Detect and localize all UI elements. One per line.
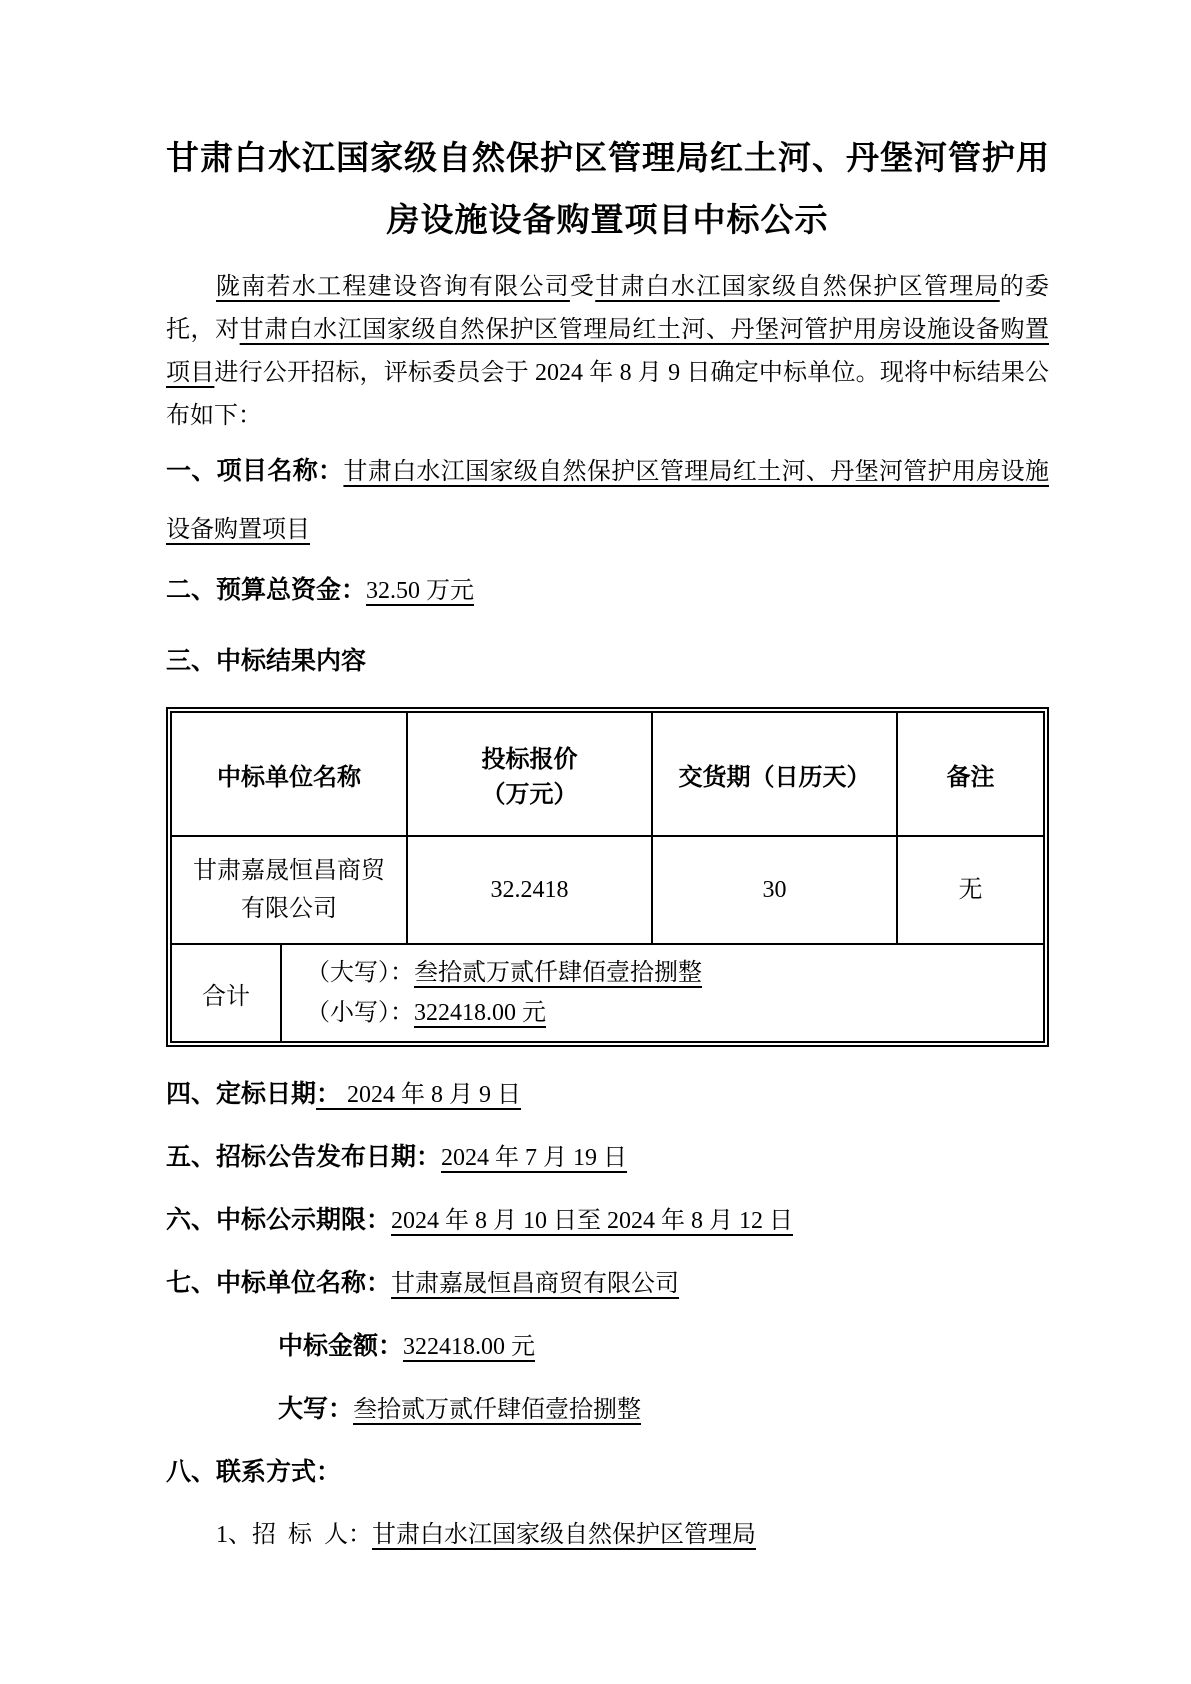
section-contact-heading-label: 八、联系方式： [166,1458,341,1486]
table-header-delivery: 交货期（日历天） [653,713,898,837]
total-small-line: （小写）：322418.00 元 [306,996,1033,1030]
table-header-company: 中标单位名称 [172,713,408,837]
client-name: 甘肃白水江国家级自然保护区管理局 [595,274,1000,300]
section-tenderee-value: 甘肃白水江国家级自然保护区管理局 [372,1522,756,1548]
intro-rest-text: 进行公开招标，评标委员会于 2024 年 8 月 9 日确定中标单位。现将中标结… [166,360,1049,429]
total-small-label: （小写）： [306,1000,414,1026]
section-announce-date: 五、招标公告发布日期：2024 年 7 月 19 日 [166,1126,1049,1189]
winner-delivery-cell: 30 [653,837,898,945]
intro-paragraph: 陇南若水工程建设咨询有限公司受甘肃白水江国家级自然保护区管理局的委托，对甘肃白水… [166,266,1049,438]
section-amount-caps: 大写：叁拾贰万贰仟肆佰壹拾捌整 [166,1378,1049,1441]
document-title-line-1: 甘肃白水江国家级自然保护区管理局红土河、丹堡河管护用 [166,128,1049,190]
section-project-name: 一、项目名称：甘肃白水江国家级自然保护区管理局红土河、丹堡河管护用房设施设备购置… [166,442,1049,559]
section-award-date-colon: ： [316,1080,341,1108]
section-award-date: 四、定标日期： 2024 年 8 月 9 日 [166,1063,1049,1126]
section-budget: 二、预算总资金：32.50 万元 [166,559,1049,622]
document-title: 甘肃白水江国家级自然保护区管理局红土河、丹堡河管护用 房设施设备购置项目中标公示 [166,128,1049,252]
section-announce-date-label: 五、招标公告发布日期： [166,1143,441,1171]
total-caps-line: （大写）：叁拾贰万贰仟肆佰壹拾捌整 [306,956,1033,990]
section-tenderee: 1、招 标 人：甘肃白水江国家级自然保护区管理局 [166,1504,1049,1566]
consultant-name: 陇南若水工程建设咨询有限公司 [216,274,570,300]
section-award-amount-label: 中标金额： [278,1332,403,1360]
section-result-heading-label: 三、中标结果内容 [166,647,366,675]
total-caps-value: 叁拾贰万贰仟肆佰壹拾捌整 [414,960,702,986]
section-publicity-period: 六、中标公示期限：2024 年 8 月 10 日至 2024 年 8 月 12 … [166,1189,1049,1252]
section-award-date-label: 四、定标日期 [166,1080,316,1108]
table-header-remark: 备注 [898,713,1043,837]
section-tenderee-label: 1、招 标 人： [216,1522,372,1548]
total-small-value: 322418.00 元 [414,1000,546,1026]
winner-remark-cell: 无 [898,837,1043,945]
section-award-amount-value: 322418.00 元 [403,1334,535,1360]
total-caps-label: （大写）： [306,960,414,986]
section-result-heading: 三、中标结果内容 [166,630,1049,693]
total-row: 合计 （大写）：叁拾贰万贰仟肆佰壹拾捌整 （小写）：322418.00 元 [172,945,1043,1041]
section-budget-label: 二、预算总资金： [166,576,366,604]
table-header-bid-price: 投标报价 （万元） [408,713,653,837]
total-content-cell: （大写）：叁拾贰万贰仟肆佰壹拾捌整 （小写）：322418.00 元 [282,945,1043,1041]
section-award-amount: 中标金额：322418.00 元 [166,1315,1049,1378]
document-title-line-2: 房设施设备购置项目中标公示 [166,190,1049,252]
winner-company-cell: 甘肃嘉晟恒昌商贸有限公司 [172,837,408,945]
section-winner: 七、中标单位名称：甘肃嘉晟恒昌商贸有限公司 [166,1252,1049,1315]
section-publicity-period-value: 2024 年 8 月 10 日至 2024 年 8 月 12 日 [391,1208,793,1234]
section-contact-heading: 八、联系方式： [166,1441,1049,1504]
section-budget-value: 32.50 万元 [366,578,474,604]
document-page: 甘肃白水江国家级自然保护区管理局红土河、丹堡河管护用 房设施设备购置项目中标公示… [0,0,1191,1684]
section-announce-date-value: 2024 年 7 月 19 日 [441,1145,627,1171]
intro-receive-text: 受 [570,274,595,300]
winner-bid-price-cell: 32.2418 [408,837,653,945]
total-label-cell: 合计 [172,945,282,1041]
section-project-name-label: 一、项目名称： [166,457,343,485]
section-amount-caps-value: 叁拾贰万贰仟肆佰壹拾捌整 [353,1397,641,1423]
section-winner-value: 甘肃嘉晟恒昌商贸有限公司 [391,1271,679,1297]
section-award-date-value: 2024 年 8 月 9 日 [341,1082,521,1108]
results-table-grid: 中标单位名称 投标报价 （万元） 交货期（日历天） 备注 甘肃嘉晟恒昌商贸有限公… [172,713,1043,945]
section-winner-label: 七、中标单位名称： [166,1269,391,1297]
results-table: 中标单位名称 投标报价 （万元） 交货期（日历天） 备注 甘肃嘉晟恒昌商贸有限公… [166,707,1049,1047]
section-publicity-period-label: 六、中标公示期限： [166,1206,391,1234]
section-amount-caps-label: 大写： [278,1395,353,1423]
